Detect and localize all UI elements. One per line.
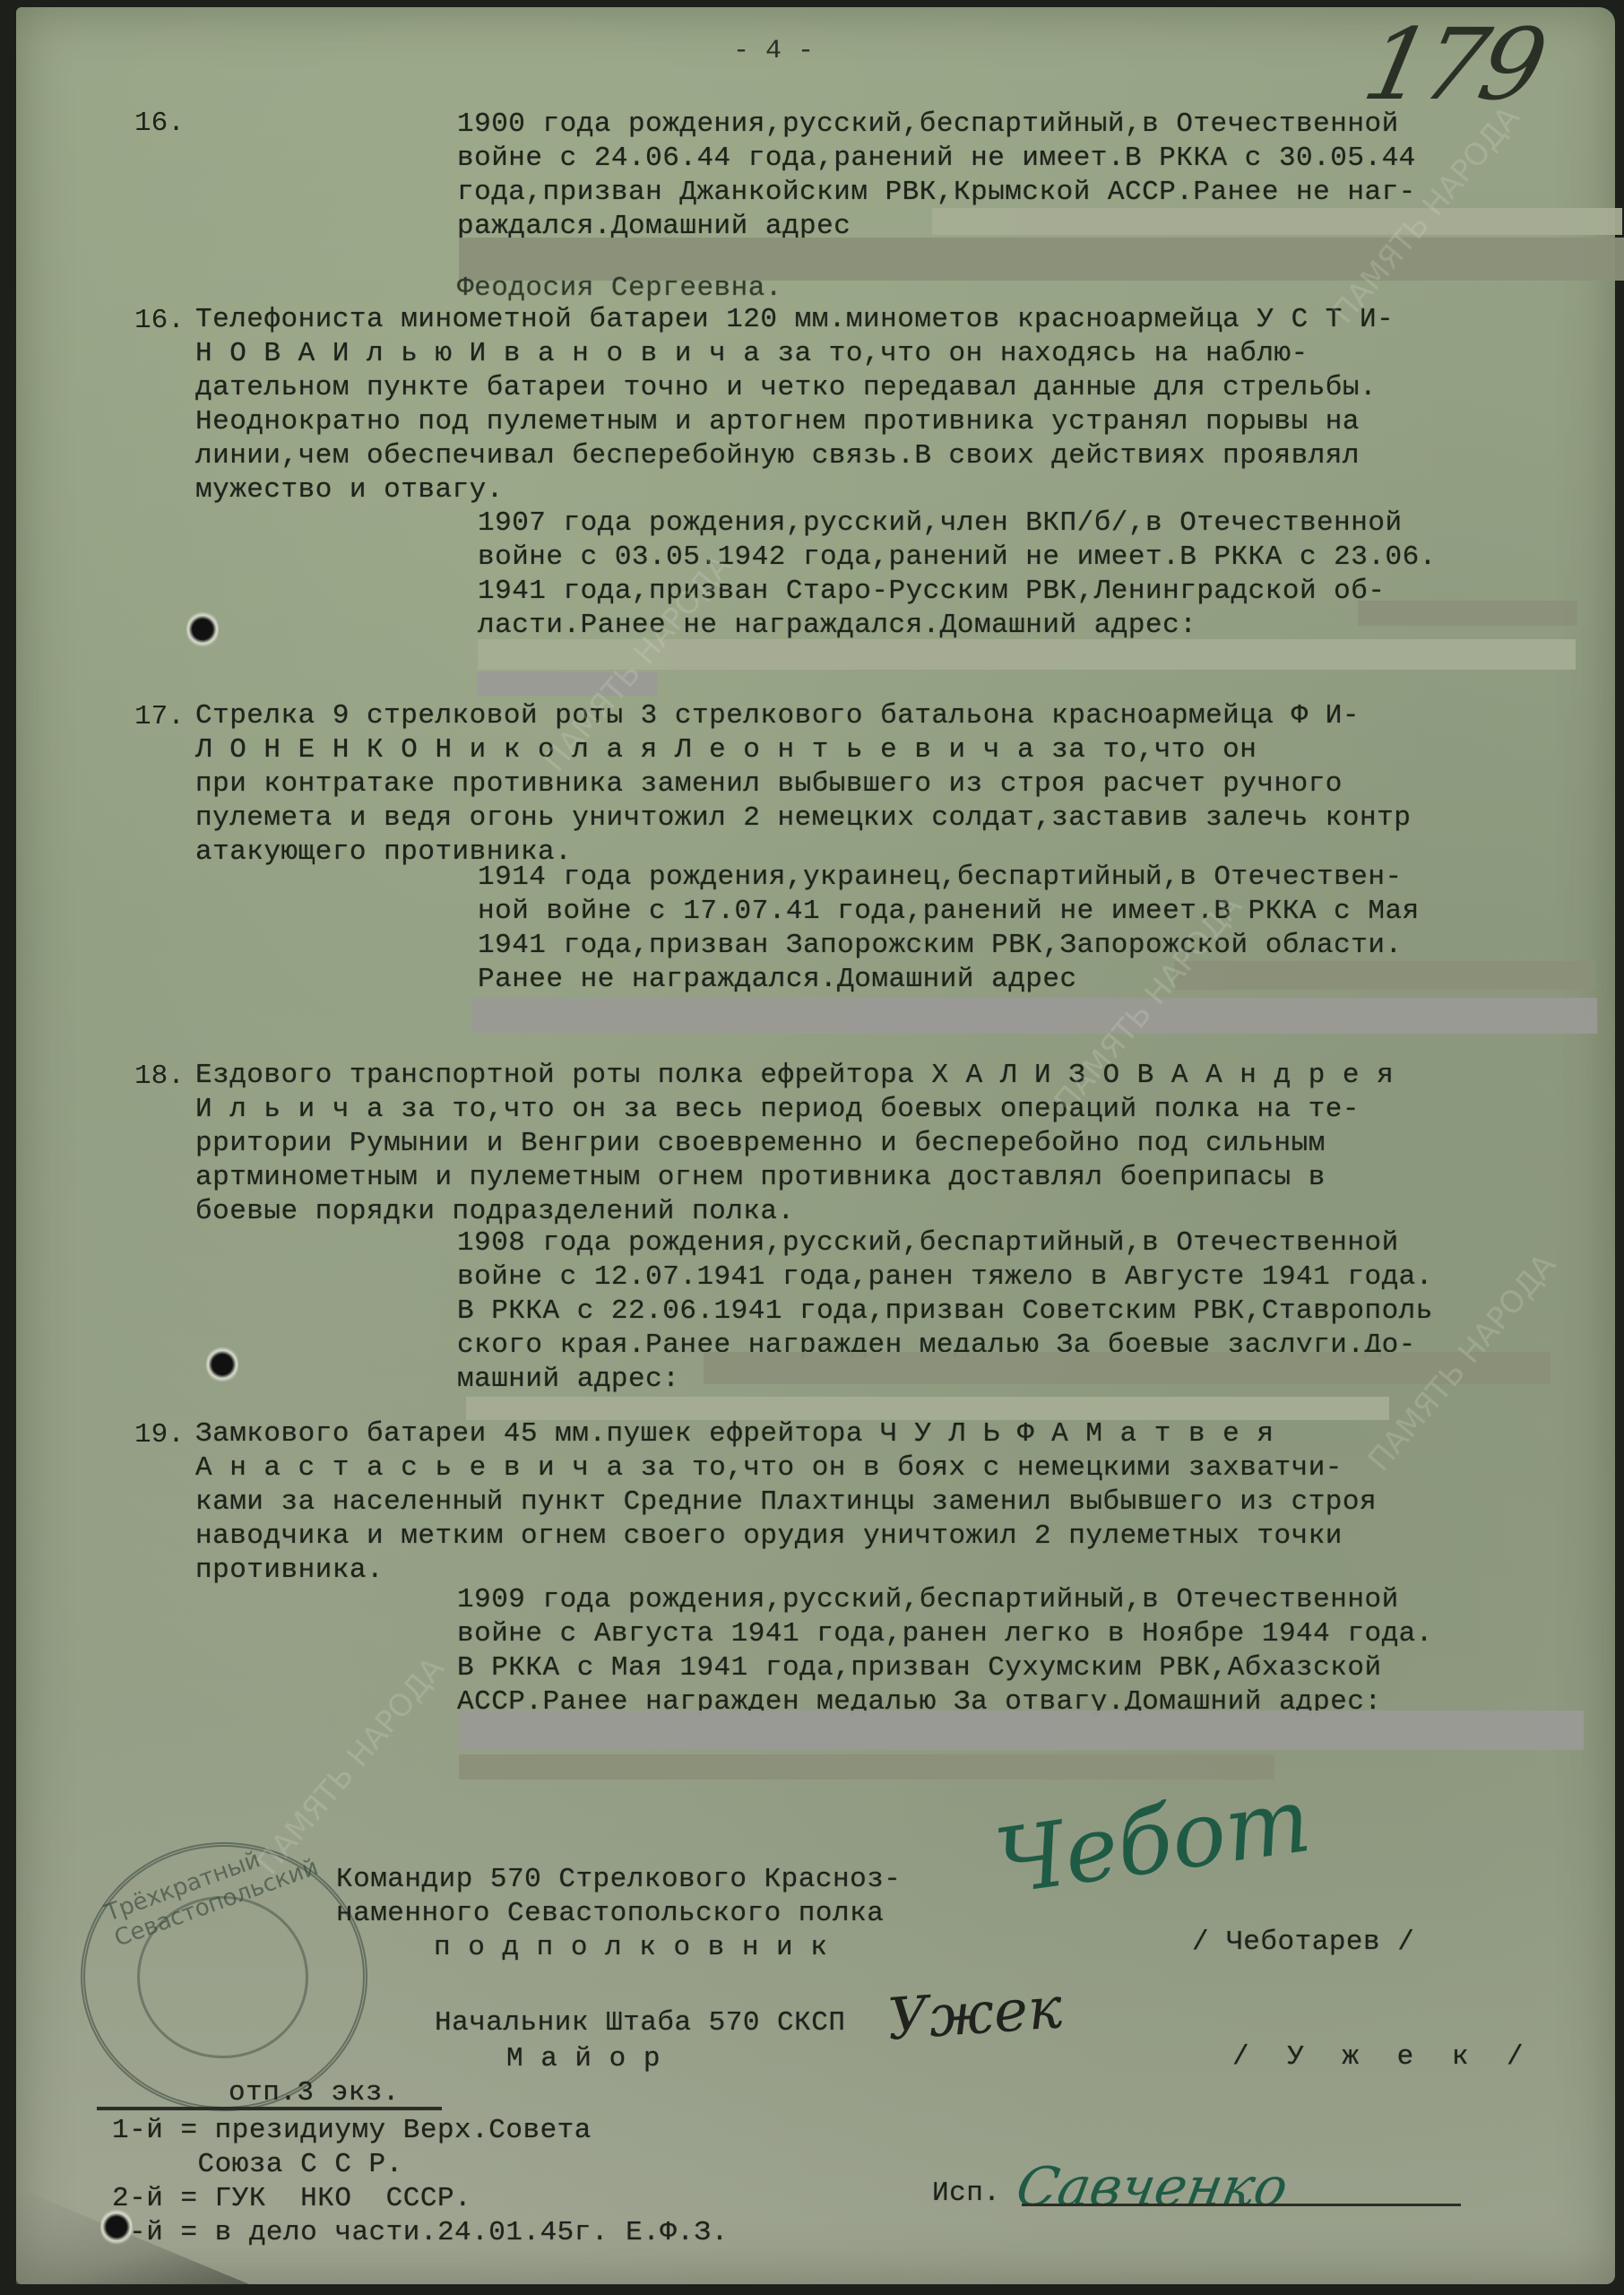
punch-hole [186, 610, 219, 649]
executor-label: Исп. [932, 2178, 1000, 2209]
entry-bio-line: 1908 года рождения,русский,беспартийный,… [457, 1228, 1399, 1259]
entry-number: 19. [134, 1419, 185, 1451]
entry-bio-line: войне с 24.06.44 года,ранений не имеет.В… [457, 143, 1416, 174]
entry-bio-line: войне с 03.05.1942 года,ранений не имеет… [478, 542, 1437, 573]
entry-number: 18. [134, 1061, 185, 1092]
citation-line: мужество и отвагу. [195, 475, 504, 506]
citation-line: И л ь и ч а за то,что он за весь период … [195, 1095, 1360, 1125]
entry-bio-line: Ранее не награждался.Домашний адрес [478, 965, 1077, 995]
entry-bio-line: 1914 года рождения,украинец,беспартийный… [478, 862, 1403, 893]
citation-line: пулемета и ведя огонь уничтожил 2 немецк… [195, 803, 1411, 834]
punch-hole [206, 1345, 238, 1384]
citation-line: рритории Румынии и Венгрии своевременно … [195, 1129, 1326, 1159]
citation-line: Стрелка 9 стрелковой роты 3 стрелкового … [195, 701, 1360, 732]
distribution-line: Союза С С Р. [112, 2150, 403, 2180]
entry-bio-line: года,призван Джанкойским РВК,Крымской АС… [457, 178, 1416, 208]
distribution-rule [97, 2107, 442, 2110]
redaction-bar [1174, 961, 1595, 990]
citation-line: дательном пункте батареи точно и четко п… [195, 373, 1377, 403]
citation-line: ками за населенный пункт Средние Плахтин… [195, 1487, 1377, 1518]
entry-bio-line: войне с Августа 1941 года,ранен легко в … [457, 1619, 1433, 1650]
citation-line: А н а с т а с ь е в и ч а за то,что он в… [195, 1453, 1343, 1484]
entry-bio-line: 1900 года рождения,русский,беспартийный,… [457, 109, 1399, 140]
commander-title-line: Командир 570 Стрелкового Красноз- [336, 1865, 901, 1895]
distribution-line: 1-й = президиуму Верх.Совета [112, 2116, 592, 2146]
citation-line: Ездового транспортной роты полка ефрейто… [195, 1061, 1394, 1091]
redaction-bar [472, 998, 1597, 1034]
entry-bio-line: ласти.Ранее не награждался.Домашний адре… [478, 611, 1196, 641]
entry-number: 16. [134, 305, 185, 336]
citation-line: линии,чем обеспечивал бесперебойную связ… [195, 441, 1360, 472]
entry-bio-line: войне с 12.07.1941 года,ранен тяжело в А… [457, 1262, 1433, 1293]
official-stamp: Трёхкратный Севастопольский [81, 1842, 367, 2111]
entry-bio-line: ной войне с 17.07.41 года,ранений не име… [478, 896, 1420, 927]
executor-signature: Савченко [1012, 2156, 1292, 2219]
citation-line: противника. [195, 1555, 384, 1586]
entry-bio-line: 1909 года рождения,русский,беспартийный,… [457, 1585, 1399, 1615]
distribution-line: 3-й = в дело части.24.01.45г. Е.Ф.З. [112, 2218, 729, 2248]
citation-line: при контратаке противника заменил выбывш… [195, 769, 1343, 800]
entry-bio-line: 1907 года рождения,русский,член ВКП/б/,в… [478, 508, 1403, 539]
commander-title-line: наменного Севастопольского полка [336, 1899, 884, 1929]
citation-line: Телефониста минометной батареи 120 мм.ми… [195, 305, 1394, 335]
punch-hole [100, 2207, 133, 2247]
redaction-bar [466, 1397, 1389, 1420]
citation-line: Неоднократно под пулеметным и артогнем п… [195, 407, 1360, 437]
entry-number: 16. [134, 108, 185, 139]
chief-of-staff-title: Начальник Штаба 570 СКСП [435, 2008, 845, 2039]
entry-bio-line: 1941 года,призван Старо-Русским РВК,Лени… [478, 576, 1385, 607]
citation-line: Н О В А И л ь ю И в а н о в и ч а за то,… [195, 339, 1309, 369]
redaction-bar [459, 1710, 1584, 1750]
entry-bio-line: В РККА с 22.06.1941 года,призван Советск… [457, 1296, 1433, 1327]
redaction-bar [932, 208, 1622, 235]
distribution-line: 2-й = ГУК НКО СССР. [112, 2184, 471, 2214]
entry-bio-line: 1941 года,призван Запорожским РВК,Запоро… [478, 931, 1403, 961]
entry-bio-line: В РККА с Мая 1941 года,призван Сухумским… [457, 1653, 1382, 1684]
redaction-bar [459, 1754, 1274, 1780]
folio-number: 179 [1354, 7, 1551, 122]
entry-bio-line: машний адрес: [457, 1364, 679, 1395]
chief-of-staff-name: / У ж е к / [1232, 2042, 1534, 2073]
chief-of-staff-rank: М а й о р [506, 2044, 661, 2074]
page-number: - 4 - [733, 36, 814, 66]
chief-of-staff-signature: Ужек [885, 1975, 1065, 2053]
citation-line: Замкового батареи 45 мм.пушек ефрейтора … [195, 1419, 1274, 1450]
citation-line: наводчика и метким огнем своего орудия у… [195, 1521, 1343, 1552]
commander-rank: п о д п о л к о в н и к [434, 1933, 827, 1963]
executor-rule [1022, 2204, 1461, 2206]
entry-number: 17. [134, 701, 185, 732]
commander-name: / Чеботарев / [1192, 1927, 1414, 1958]
citation-line: Л О Н Е Н К О Н и к о л а я Л е о н т ь … [195, 735, 1257, 766]
redaction-bar [1358, 601, 1577, 626]
citation-line: боевые порядки подразделений полка. [195, 1197, 795, 1227]
distribution-header: отп.3 экз. [229, 2078, 400, 2109]
entry-bio-tail: Феодосия Сергеевна. [457, 273, 782, 304]
citation-line: артминометным и пулеметным огнем противн… [195, 1163, 1326, 1193]
